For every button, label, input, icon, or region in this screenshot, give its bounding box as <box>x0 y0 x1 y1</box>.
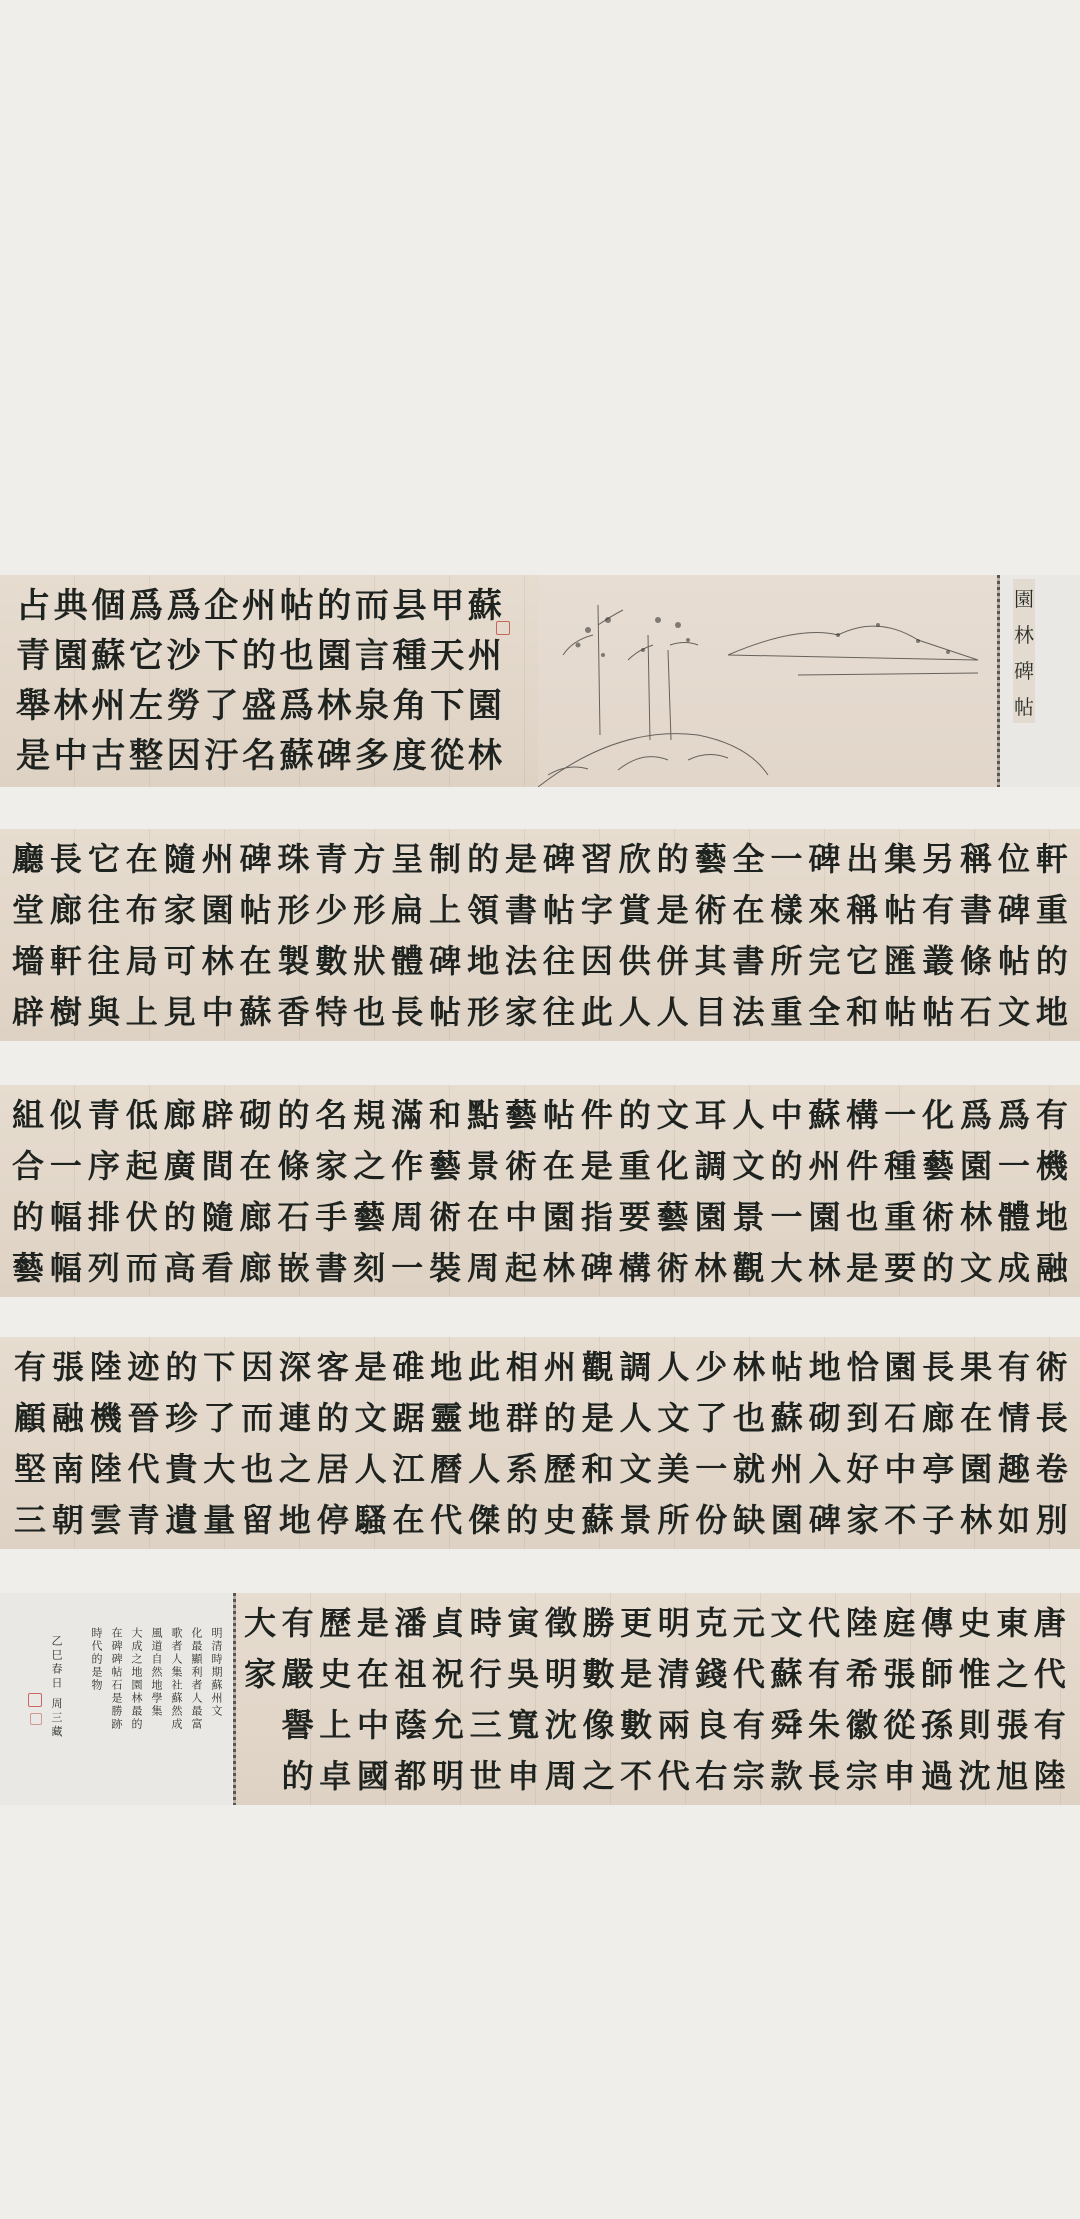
calligraphy-character: 指 <box>581 1201 613 1233</box>
calligraphy-character: 上 <box>319 1709 351 1741</box>
calligraphy-character: 稱 <box>960 843 992 875</box>
calligraphy-character: 書 <box>505 894 537 926</box>
calligraphy-character: 世 <box>470 1760 502 1792</box>
calligraphy-character: 蘇 <box>468 589 502 623</box>
calligraphy-character: 珠 <box>277 843 309 875</box>
calligraphy-character: 是 <box>16 739 50 773</box>
calligraphy-character: 朝 <box>52 1504 84 1536</box>
calligraphy-character: 美 <box>657 1453 689 1485</box>
calligraphy-character <box>244 1709 276 1741</box>
calligraphy-character: 蘇 <box>771 1402 803 1434</box>
calligraphy-character: 它 <box>846 945 878 977</box>
calligraphy-character: 趣 <box>998 1453 1030 1485</box>
calligraphy-character: 周 <box>391 1201 423 1233</box>
calligraphy-character: 方 <box>353 843 385 875</box>
collector-seal <box>496 621 510 635</box>
calligraphy-character: 碑 <box>240 843 272 875</box>
calligraphy-character: 帖 <box>884 894 916 926</box>
scroll-strip-4: 有張陸迹的下因深客是碓地此相州觀調人少林帖地恰園長果有術顧融機晉珍了而連的文踞靈… <box>0 1337 1080 1549</box>
calligraphy-character: 文 <box>771 1607 803 1639</box>
calligraphy-character: 的 <box>544 1402 576 1434</box>
calligraphy-character: 貞 <box>432 1607 464 1639</box>
calligraphy-character: 青 <box>16 639 50 673</box>
calligraphy-character: 青 <box>315 843 347 875</box>
calligraphy-character: 形 <box>353 894 385 926</box>
calligraphy-character: 是 <box>620 1658 652 1690</box>
calligraphy-character: 園 <box>317 639 351 673</box>
calligraphy-character: 文 <box>657 1402 689 1434</box>
calligraphy-character: 辟 <box>12 996 44 1028</box>
calligraphy-character: 是 <box>657 894 689 926</box>
calligraphy-character: 的 <box>619 1099 651 1131</box>
calligraphy-character: 蘇 <box>240 996 272 1028</box>
calligraphy-character: 帖 <box>998 945 1030 977</box>
calligraphy-character: 群 <box>506 1402 538 1434</box>
calligraphy-character: 機 <box>90 1402 122 1434</box>
calligraphy-character: 右 <box>695 1760 727 1792</box>
calligraphy-character: 也 <box>241 1453 273 1485</box>
calligraphy-character: 居 <box>317 1453 349 1485</box>
calligraphy-line: 顧融機晉珍了而連的文踞靈地群的是人文了也蘇砌到石廊在情長 <box>14 1402 1068 1434</box>
calligraphy-character: 從 <box>430 739 464 773</box>
calligraphy-line: 辟樹與上見中蘇香特也長帖形家往此人人目法重全和帖帖石文地 <box>12 996 1068 1028</box>
calligraphy-character: 間 <box>202 1150 234 1182</box>
calligraphy-character: 舉 <box>16 689 50 723</box>
calligraphy-character: 和 <box>582 1453 614 1485</box>
calligraphy-character: 林 <box>960 1201 992 1233</box>
calligraphy-character: 的 <box>242 639 276 673</box>
calligraphy-line: 廳長它在隨州碑珠青方呈制的是碑習欣的藝全一碑出集另稱位軒 <box>12 843 1068 875</box>
calligraphy-character: 出 <box>846 843 878 875</box>
calligraphy-character: 如 <box>998 1504 1030 1536</box>
calligraphy-character: 碑 <box>998 894 1030 926</box>
calligraphy-character: 人 <box>657 1351 689 1383</box>
calligraphy-character: 汙 <box>204 739 238 773</box>
calligraphy-character: 陸 <box>90 1351 122 1383</box>
calligraphy-character: 少 <box>695 1351 727 1383</box>
calligraphy-character: 明 <box>658 1607 690 1639</box>
calligraphy-character: 一 <box>770 1201 802 1233</box>
calligraphy-character: 局 <box>126 945 158 977</box>
calligraphy-character: 宗 <box>733 1760 765 1792</box>
calligraphy-character: 地 <box>1036 1201 1068 1233</box>
calligraphy-character: 因 <box>581 945 613 977</box>
calligraphy-character: 墻 <box>12 945 44 977</box>
calligraphy-character: 申 <box>507 1760 539 1792</box>
calligraphy-character: 州 <box>91 689 125 723</box>
calligraphy-character: 也 <box>353 996 385 1028</box>
calligraphy-character: 見 <box>164 996 196 1028</box>
calligraphy-character: 往 <box>88 894 120 926</box>
calligraphy-character: 上 <box>429 894 461 926</box>
colophon-signature: 乙巳春日 周三藏 <box>48 1635 64 1740</box>
calligraphy-character: 州 <box>202 843 234 875</box>
calligraphy-line: 藝幅列而高看廊嵌書刻一裝周起林碑構術林觀大林是要的文成融 <box>12 1252 1068 1284</box>
calligraphy-character: 史 <box>544 1504 576 1536</box>
calligraphy-character: 園 <box>960 1150 992 1182</box>
calligraphy-line: 有張陸迹的下因深客是碓地此相州觀調人少林帖地恰園長果有術 <box>14 1351 1068 1383</box>
calligraphy-character: 手 <box>315 1201 347 1233</box>
calligraphy-character: 更 <box>620 1607 652 1639</box>
calligraphy-character: 園 <box>54 639 88 673</box>
calligraphy-character: 此 <box>581 996 613 1028</box>
calligraphy-character: 所 <box>770 945 802 977</box>
scroll-strip-5: 明清時期蘇州文化最顯利者人最富歌者人集社蘇然成風道自然地學集大成之地園林最的在碑… <box>0 1593 1080 1805</box>
calligraphy-character: 術 <box>922 1201 954 1233</box>
calligraphy-character: 大 <box>770 1252 802 1284</box>
calligraphy-character: 林 <box>695 1252 727 1284</box>
calligraphy-character: 多 <box>355 739 389 773</box>
calligraphy-character: 狀 <box>353 945 385 977</box>
calligraphy-character: 景 <box>733 1201 765 1233</box>
calligraphy-character: 碑 <box>317 739 351 773</box>
calligraphy-character: 寅 <box>507 1607 539 1639</box>
calligraphy-character: 有 <box>922 894 954 926</box>
calligraphy-character: 朱 <box>808 1709 840 1741</box>
calligraphy-character: 伏 <box>126 1201 158 1233</box>
calligraphy-character: 有 <box>733 1709 765 1741</box>
calligraphy-character: 深 <box>279 1351 311 1383</box>
calligraphy-character: 書 <box>733 945 765 977</box>
calligraphy-character: 林 <box>202 945 234 977</box>
calligraphy-character: 中 <box>770 1099 802 1131</box>
calligraphy-character: 唐 <box>1034 1607 1066 1639</box>
calligraphy-character: 的 <box>467 843 499 875</box>
calligraphy-character: 珍 <box>165 1402 197 1434</box>
calligraphy-character: 術 <box>505 1150 537 1182</box>
calligraphy-character: 沙 <box>167 639 201 673</box>
calligraphy-character: 子 <box>922 1504 954 1536</box>
calligraphy-character: 廊 <box>50 894 82 926</box>
calligraphy-character: 的 <box>317 1402 349 1434</box>
calligraphy-character: 都 <box>394 1760 426 1792</box>
calligraphy-character: 蘇 <box>808 1099 840 1131</box>
calligraphy-character: 度 <box>393 739 427 773</box>
calligraphy-character: 習 <box>581 843 613 875</box>
calligraphy-character: 則 <box>959 1709 991 1741</box>
calligraphy-character: 特 <box>315 996 347 1028</box>
calligraphy-character: 化 <box>657 1150 689 1182</box>
calligraphy-character: 傑 <box>468 1504 500 1536</box>
colophon-column: 風道自然地學集 <box>148 1627 164 1747</box>
calligraphy-line: 是中古整因汙名蘇碑多度從林 <box>16 739 502 773</box>
calligraphy-character: 從 <box>883 1709 915 1741</box>
calligraphy-character: 目 <box>695 996 727 1028</box>
calligraphy-line: 家嚴史在祖祝行吳明數是清錢代蘇有希張師惟之代 <box>244 1658 1066 1690</box>
calligraphy-character: 錢 <box>695 1658 727 1690</box>
calligraphy-character: 隨 <box>202 1201 234 1233</box>
calligraphy-character: 史 <box>959 1607 991 1639</box>
calligraphy-character: 全 <box>733 843 765 875</box>
calligraphy-character: 孫 <box>921 1709 953 1741</box>
calligraphy-character: 供 <box>619 945 651 977</box>
calligraphy-character: 下 <box>203 1351 235 1383</box>
calligraphy-character: 園 <box>884 1351 916 1383</box>
calligraphy-character: 形 <box>467 996 499 1028</box>
calligraphy-character: 潘 <box>394 1607 426 1639</box>
calligraphy-character: 留 <box>241 1504 273 1536</box>
calligraphy-character: 爲 <box>998 1099 1030 1131</box>
calligraphy-character: 體 <box>998 1201 1030 1233</box>
calligraphy-character: 家 <box>244 1658 276 1690</box>
calligraphy-character: 軒 <box>50 945 82 977</box>
calligraphy-character: 此 <box>468 1351 500 1383</box>
calligraphy-character: 蘇 <box>582 1504 614 1536</box>
calligraphy-line: 譽上中蔭允三寬沈像數兩良有舜朱徽從孫則張有 <box>244 1709 1066 1741</box>
calligraphy-character: 匯 <box>884 945 916 977</box>
calligraphy-character: 石 <box>960 996 992 1028</box>
calligraphy-character: 帖 <box>771 1351 803 1383</box>
calligraphy-character: 林 <box>468 739 502 773</box>
calligraphy-character: 地 <box>467 945 499 977</box>
calligraphy-character: 代 <box>128 1453 160 1485</box>
calligraphy-character: 帖 <box>884 996 916 1028</box>
calligraphy-character: 往 <box>543 945 575 977</box>
calligraphy-character: 不 <box>884 1504 916 1536</box>
calligraphy-character: 園 <box>960 1453 992 1485</box>
calligraphy-character: 耳 <box>695 1099 727 1131</box>
calligraphy-character: 術 <box>429 1201 461 1233</box>
calligraphy-character: 藝 <box>695 843 727 875</box>
calligraphy-line: 青園蘇它沙下的也園言種天州 <box>16 639 502 673</box>
calligraphy-character: 來 <box>808 894 840 926</box>
calligraphy-character: 種 <box>393 639 427 673</box>
calligraphy-character: 沈 <box>959 1760 991 1792</box>
calligraphy-character: 在 <box>126 843 158 875</box>
calligraphy-character: 庭 <box>883 1607 915 1639</box>
calligraphy-character: 徽 <box>846 1709 878 1741</box>
calligraphy-character: 堅 <box>14 1453 46 1485</box>
calligraphy-character: 師 <box>921 1658 953 1690</box>
calligraphy-panel-4: 有張陸迹的下因深客是碓地此相州觀調人少林帖地恰園長果有術顧融機晉珍了而連的文踞靈… <box>0 1337 1080 1549</box>
calligraphy-character: 帖 <box>429 996 461 1028</box>
calligraphy-character: 張 <box>52 1351 84 1383</box>
calligraphy-character: 體 <box>391 945 423 977</box>
calligraphy-character: 是 <box>581 1150 613 1182</box>
calligraphy-character: 高 <box>164 1252 196 1284</box>
calligraphy-character: 法 <box>505 945 537 977</box>
calligraphy-character: 在 <box>240 945 272 977</box>
calligraphy-character: 人 <box>468 1453 500 1485</box>
calligraphy-character: 陸 <box>846 1607 878 1639</box>
calligraphy-character: 爲 <box>167 589 201 623</box>
calligraphy-character: 家 <box>315 1150 347 1182</box>
calligraphy-character: 長 <box>391 996 423 1028</box>
colophon-column: 化最顯利者人最富 <box>188 1627 204 1747</box>
calligraphy-character: 之 <box>996 1658 1028 1690</box>
calligraphy-character: 家 <box>164 894 196 926</box>
calligraphy-character: 碓 <box>392 1351 424 1383</box>
calligraphy-line: 堂廊往布家園帖形少形扁上領書帖字賞是術在樣來稱帖有書碑重 <box>12 894 1068 926</box>
calligraphy-character: 代 <box>430 1504 462 1536</box>
calligraphy-character: 石 <box>277 1201 309 1233</box>
calligraphy-character: 客 <box>317 1351 349 1383</box>
calligraphy-character: 因 <box>167 739 201 773</box>
calligraphy-character: 就 <box>733 1453 765 1485</box>
calligraphy-character: 代 <box>733 1658 765 1690</box>
calligraphy-character: 整 <box>129 739 163 773</box>
calligraphy-character: 中 <box>884 1453 916 1485</box>
calligraphy-character: 宗 <box>846 1760 878 1792</box>
title-character: 碑 <box>1014 655 1034 684</box>
calligraphy-panel-5: 大有歷是潘貞時寅徵勝更明克元文代陸庭傳史東唐家嚴史在祖祝行吳明數是清錢代蘇有希張… <box>236 1593 1080 1805</box>
calligraphy-character: 景 <box>467 1150 499 1182</box>
mount-panel <box>1000 575 1080 787</box>
calligraphy-character: 代 <box>808 1607 840 1639</box>
calligraphy-character: 泉 <box>355 689 389 723</box>
calligraphy-character: 帖 <box>240 894 272 926</box>
title-character: 帖 <box>1014 691 1034 720</box>
calligraphy-character: 調 <box>620 1351 652 1383</box>
calligraphy-character: 稱 <box>846 894 878 926</box>
calligraphy-character: 組 <box>12 1099 44 1131</box>
calligraphy-character: 祖 <box>394 1658 426 1690</box>
calligraphy-character: 完 <box>808 945 840 977</box>
colophon-panel: 明清時期蘇州文化最顯利者人最富歌者人集社蘇然成風道自然地學集大成之地園林最的在碑… <box>0 1593 232 1805</box>
calligraphy-character: 長 <box>922 1351 954 1383</box>
calligraphy-character: 而 <box>126 1252 158 1284</box>
calligraphy-panel-3: 組似青低廊辟砌的名規滿和點藝帖件的文耳人中蘇構一化爲爲有合一序起廣間在條家之作藝… <box>0 1085 1080 1297</box>
calligraphy-character: 的 <box>282 1760 314 1792</box>
calligraphy-character: 帖 <box>543 894 575 926</box>
calligraphy-character: 良 <box>695 1709 727 1741</box>
calligraphy-character: 林 <box>317 689 351 723</box>
calligraphy-character: 它 <box>88 843 120 875</box>
calligraphy-character: 藝 <box>12 1252 44 1284</box>
calligraphy-character: 件 <box>581 1099 613 1131</box>
calligraphy-character: 惟 <box>959 1658 991 1690</box>
calligraphy-character: 林 <box>808 1252 840 1284</box>
calligraphy-character: 地 <box>1036 996 1068 1028</box>
calligraphy-line: 的卓國都明世申周之不代右宗款長宗申過沈旭陸 <box>244 1760 1066 1792</box>
calligraphy-character: 停 <box>317 1504 349 1536</box>
calligraphy-character: 寬 <box>507 1709 539 1741</box>
calligraphy-character: 家 <box>505 996 537 1028</box>
calligraphy-character: 量 <box>203 1504 235 1536</box>
calligraphy-character: 的 <box>1036 945 1068 977</box>
calligraphy-character: 三 <box>14 1504 46 1536</box>
calligraphy-character: 有 <box>282 1607 314 1639</box>
calligraphy-character: 傳 <box>921 1607 953 1639</box>
calligraphy-character: 一 <box>695 1453 727 1485</box>
calligraphy-character: 長 <box>808 1760 840 1792</box>
calligraphy-character: 廣 <box>164 1150 196 1182</box>
calligraphy-character: 的 <box>165 1351 197 1383</box>
calligraphy-character: 勝 <box>582 1607 614 1639</box>
calligraphy-character: 爲 <box>960 1099 992 1131</box>
calligraphy-character: 廊 <box>240 1201 272 1233</box>
calligraphy-character: 在 <box>467 1201 499 1233</box>
calligraphy-character: 碑 <box>808 843 840 875</box>
calligraphy-character: 騷 <box>355 1504 387 1536</box>
calligraphy-line: 占典個爲爲企州帖的而县甲蘇 <box>16 589 502 623</box>
calligraphy-character: 帖 <box>280 589 314 623</box>
calligraphy-character: 堂 <box>12 894 44 926</box>
calligraphy-character: 青 <box>88 1099 120 1131</box>
calligraphy-character: 軒 <box>1036 843 1068 875</box>
calligraphy-character: 在 <box>357 1658 389 1690</box>
calligraphy-character: 是 <box>355 1351 387 1383</box>
calligraphy-character: 藝 <box>657 1201 689 1233</box>
calligraphy-character: 中 <box>202 996 234 1028</box>
calligraphy-character: 長 <box>1036 1402 1068 1434</box>
calligraphy-character: 古 <box>91 739 125 773</box>
calligraphy-character: 隨 <box>164 843 196 875</box>
calligraphy-character: 件 <box>846 1150 878 1182</box>
calligraphy-character: 的 <box>922 1252 954 1284</box>
calligraphy-character: 看 <box>202 1252 234 1284</box>
calligraphy-character: 藝 <box>505 1099 537 1131</box>
calligraphy-character: 之 <box>279 1453 311 1485</box>
calligraphy-character: 往 <box>543 996 575 1028</box>
calligraphy-character: 角 <box>393 689 427 723</box>
calligraphy-character: 徵 <box>545 1607 577 1639</box>
calligraphy-character: 觀 <box>733 1252 765 1284</box>
title-slip: 園林碑帖 <box>1013 579 1035 723</box>
calligraphy-character: 辟 <box>202 1099 234 1131</box>
calligraphy-character: 碑 <box>543 843 575 875</box>
calligraphy-character: 元 <box>733 1607 765 1639</box>
calligraphy-character: 條 <box>960 945 992 977</box>
calligraphy-character: 幅 <box>50 1252 82 1284</box>
calligraphy-character: 沈 <box>545 1709 577 1741</box>
calligraphy-character: 幅 <box>50 1201 82 1233</box>
calligraphy-character: 國 <box>357 1760 389 1792</box>
calligraphy-character: 似 <box>50 1099 82 1131</box>
calligraphy-character: 一 <box>884 1099 916 1131</box>
calligraphy-character: 過 <box>921 1760 953 1792</box>
calligraphy-character: 數 <box>620 1709 652 1741</box>
calligraphy-character: 青 <box>128 1504 160 1536</box>
calligraphy-character: 情 <box>998 1402 1030 1434</box>
calligraphy-line: 墻軒往局可林在製數狀體碑地法往因供併其書所完它匯叢條帖的 <box>12 945 1068 977</box>
calligraphy-character: 晉 <box>128 1402 160 1434</box>
calligraphy-character: 代 <box>658 1760 690 1792</box>
calligraphy-character: 滿 <box>391 1099 423 1131</box>
calligraphy-line: 合一序起廣間在條家之作藝景術在是重化調文的州件種藝園一機 <box>12 1150 1068 1182</box>
calligraphy-character: 機 <box>1036 1150 1068 1182</box>
calligraphy-character: 別 <box>1036 1504 1068 1536</box>
calligraphy-line: 舉林州左勞了盛爲林泉角下園 <box>16 689 502 723</box>
calligraphy-character: 允 <box>432 1709 464 1741</box>
calligraphy-character: 譽 <box>282 1709 314 1741</box>
calligraphy-character: 蔭 <box>394 1709 426 1741</box>
calligraphy-character: 裝 <box>429 1252 461 1284</box>
calligraphy-line: 堅南陸代貴大也之居人江曆人系歷和文美一就州入好中亭園趣卷 <box>14 1453 1068 1485</box>
calligraphy-character: 東 <box>996 1607 1028 1639</box>
calligraphy-character: 旭 <box>996 1760 1028 1792</box>
calligraphy-character: 它 <box>129 639 163 673</box>
calligraphy-character: 也 <box>280 639 314 673</box>
calligraphy-character: 作 <box>391 1150 423 1182</box>
calligraphy-character: 州 <box>808 1150 840 1182</box>
scroll-strip-1: 占典個爲爲企州帖的而县甲蘇青園蘇它沙下的也園言種天州舉林州左勞了盛爲林泉角下園是… <box>0 575 1080 787</box>
calligraphy-character: 爲 <box>280 689 314 723</box>
calligraphy-character: 下 <box>204 639 238 673</box>
calligraphy-character: 低 <box>126 1099 158 1131</box>
calligraphy-character: 之 <box>353 1150 385 1182</box>
calligraphy-character: 叢 <box>922 945 954 977</box>
calligraphy-character: 規 <box>353 1099 385 1131</box>
calligraphy-character: 地 <box>279 1504 311 1536</box>
calligraphy-character: 藝 <box>429 1150 461 1182</box>
calligraphy-character: 廊 <box>164 1099 196 1131</box>
calligraphy-character: 言 <box>355 639 389 673</box>
calligraphy-character: 有 <box>998 1351 1030 1383</box>
calligraphy-character: 舜 <box>771 1709 803 1741</box>
calligraphy-character: 清 <box>658 1658 690 1690</box>
calligraphy-character: 製 <box>277 945 309 977</box>
